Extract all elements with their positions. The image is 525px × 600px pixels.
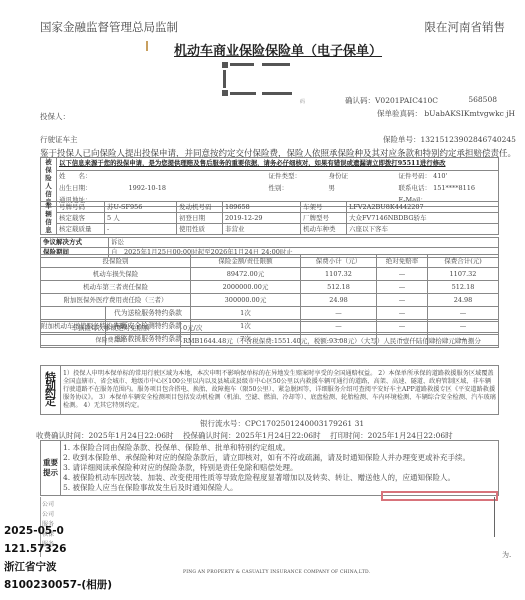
table-row: 代为送检服务特约条款1次——— bbox=[41, 307, 499, 320]
dispute-value: 诉讼 bbox=[109, 238, 499, 248]
name-value bbox=[127, 170, 267, 182]
table-cell: — bbox=[301, 307, 377, 320]
table-cell: — bbox=[377, 268, 428, 281]
right-edge-mark: 为. bbox=[502, 550, 511, 560]
policy-number: 保险单号：13215123902846740245 bbox=[383, 134, 516, 145]
table-row: 附加医保外医疗费用责任险（三者）300000.00元24.98—24.98 bbox=[41, 294, 499, 307]
vehicle-side-label: 车辆信息 bbox=[41, 202, 57, 235]
regulator-label: 国家金融监督管理总局监制 bbox=[40, 19, 178, 35]
print-time: 打印时间：2025年1月24日22:06时 bbox=[330, 431, 453, 440]
vehicle-info-table: 车辆信息号牌号码苏U-SF956发动机号码189658车架号LFV2A2BU8K… bbox=[40, 201, 499, 235]
insured-info-table: 被保险人信息 以下信息来源于您的投保申请，是为您提供理赔及售后服务的重要依据，请… bbox=[40, 157, 499, 207]
table-cell: 大众FV7146NBDBG轿车 bbox=[347, 213, 499, 224]
company-line: 公司 bbox=[42, 500, 54, 510]
overlay-line: 2025-05-0 bbox=[4, 522, 112, 540]
sales-region-label: 限在河南省销售 bbox=[425, 19, 506, 35]
overlay-line: 8100230057-(相册) bbox=[4, 576, 112, 594]
confirm-code: 确认码：V0201PAIC410C bbox=[345, 95, 438, 106]
id-type-value: 身份证 bbox=[327, 170, 397, 182]
photo-watermark-overlay: 2025-05-0121.57326浙江省宁波8100230057-(相册) bbox=[4, 522, 112, 594]
important-note-item: 3. 请详细阅读承保险种对应的保险条款，特别是责任免除和赔偿处理。 bbox=[63, 463, 496, 473]
table-header-row: 投保险别保险金额/责任限额保费小计（元）绝对免赔率保费合计(元) bbox=[41, 255, 499, 268]
important-note-item: 1. 本保险合同由保险条款、投保单、保险单、批单和特别约定组成。 bbox=[63, 443, 496, 453]
verify-code: 保单验真码： bUabAKSIKmtvgwkc jH bbox=[377, 108, 515, 119]
dispute-label: 争议解决方式 bbox=[41, 238, 109, 248]
birth-value: 1992-10-18 bbox=[127, 183, 267, 195]
important-side-label: 重要提示 bbox=[41, 441, 61, 496]
table-cell: 初登日期 bbox=[177, 213, 223, 224]
table-row: 机动车损失保险89472.00元1107.32—1107.32 bbox=[41, 268, 499, 281]
gender-value: 男 bbox=[327, 183, 397, 195]
text-cursor bbox=[146, 41, 148, 51]
column-header: 保险金额/责任限额 bbox=[191, 255, 301, 268]
info-notice: 以下信息来源于您的投保申请，是为您提供理赔及售后服务的重要依据，请务必仔细核对，… bbox=[57, 158, 499, 171]
addon-item-label: 代为送检服务特约条款 bbox=[106, 307, 190, 319]
table-cell: 189658 bbox=[223, 202, 301, 213]
table-cell: 车架号 bbox=[301, 202, 347, 213]
table-cell: 24.98 bbox=[301, 294, 377, 307]
table-cell: 机动车第三者责任保险 bbox=[41, 281, 191, 294]
table-cell: 1107.32 bbox=[301, 268, 377, 281]
column-header: 保费合计(元) bbox=[428, 255, 499, 268]
birth-label: 出生日期： bbox=[57, 183, 127, 195]
overlay-line: 浙江省宁波 bbox=[4, 558, 112, 576]
table-cell: 2019-12-29 bbox=[223, 213, 301, 224]
table-cell: 5 人 bbox=[105, 213, 177, 224]
premium-total-label: 保险费合计 bbox=[41, 335, 181, 348]
insured-info-side-label: 被保险人信息 bbox=[41, 158, 57, 207]
gender-label: 性别： bbox=[267, 183, 327, 195]
important-notes-table: 重要提示 1. 本保险合同由保险条款、投保单、保险单、批单和特别约定组成。2. … bbox=[40, 440, 499, 496]
id-type-label: 证件类型： bbox=[267, 170, 327, 182]
column-header: 绝对免赔率 bbox=[377, 255, 428, 268]
qr-code-icon bbox=[222, 62, 310, 96]
table-cell: 2000000.00元 bbox=[191, 281, 301, 294]
table-cell: 512.18 bbox=[428, 281, 499, 294]
table-cell: 512.18 bbox=[301, 281, 377, 294]
qr-caption: 码 bbox=[300, 98, 305, 105]
license-owner-label: 行驶证车主 bbox=[40, 134, 78, 145]
special-terms-table: 特别约定 1）投保人申明本保单标的常用行驶区域为本地，本次申明不影响保单标的在异… bbox=[40, 365, 499, 415]
important-note-item: 4. 被保险机动车因改装、加装、改变使用性质等导致危险程度显著增加以及转卖、转让… bbox=[63, 473, 496, 483]
table-cell: 使用性质 bbox=[177, 224, 223, 235]
table-cell: 发动机号码 bbox=[177, 202, 223, 213]
table-cell: 核定载质量 bbox=[57, 224, 105, 235]
table-row: 机动车第三者责任保险2000000.00元512.18—512.18 bbox=[41, 281, 499, 294]
table-cell: LFV2A2BU8K4442207 bbox=[347, 202, 499, 213]
bank-serial: 银行流水号：CPC1702501240003179261 31 bbox=[200, 418, 364, 429]
table-cell: 核定载客 bbox=[57, 213, 105, 224]
table-cell: 机动车损失保险 bbox=[41, 268, 191, 281]
table-cell: - bbox=[105, 224, 177, 235]
column-header: 投保险别 bbox=[41, 255, 191, 268]
table-row: 核定载质量-使用性质非营业机动车种类六座以下客车 bbox=[41, 224, 499, 235]
confirm-code-suffix: 568508 bbox=[468, 95, 497, 104]
frame-border bbox=[494, 497, 495, 537]
table-cell: 厂牌型号 bbox=[301, 213, 347, 224]
table-cell: — bbox=[377, 294, 428, 307]
table-cell: — bbox=[377, 281, 428, 294]
table-cell: 非营业 bbox=[223, 224, 301, 235]
table-cell: 代为送检服务特约条款 bbox=[41, 307, 191, 320]
table-cell: 300000.00元 bbox=[191, 294, 301, 307]
highlight-box bbox=[381, 491, 498, 501]
table-cell: 24.98 bbox=[428, 294, 499, 307]
important-note-item: 2. 收到本保险单、承保险种对应的保险条款后，请立即核对，如有不符或疏漏，请及时… bbox=[63, 453, 496, 463]
table-cell: 苏U-SF956 bbox=[105, 202, 177, 213]
phone: 联系电话： 151****8116 bbox=[397, 183, 499, 195]
table-cell: 号牌号码 bbox=[57, 202, 105, 213]
overlay-line: 121.57326 bbox=[4, 540, 112, 558]
important-notes: 1. 本保险合同由保险条款、投保单、保险单、批单和特别约定组成。2. 收到本保险… bbox=[61, 441, 499, 496]
table-cell: 六座以下客车 bbox=[347, 224, 499, 235]
confirm-time: 投保确认时间：2025年1月24日22:06时 bbox=[183, 431, 321, 440]
premium-total-value: RMB1644.48元（不含税保费:1551.40元，税额:93.08元）（大写… bbox=[181, 335, 499, 348]
table-cell: 机动车种类 bbox=[301, 224, 347, 235]
deductible-value: 0元/次 bbox=[181, 322, 499, 335]
premium-summary-table: 车损险每次事故绝对免赔额 0元/次 保险费合计 RMB1644.48元（不含税保… bbox=[40, 321, 499, 348]
special-terms-text: 1）投保人申明本保单标的常用行驶区域为本地，本次申明不影响保单标的在异地发生赔案… bbox=[61, 366, 499, 415]
policyholder-label: 投保人： bbox=[40, 111, 70, 122]
document-title: 机动车商业保险保险单（电子保单） bbox=[174, 40, 382, 59]
addon-group-label bbox=[41, 307, 106, 319]
deductible-label: 车损险每次事故绝对免赔额 bbox=[41, 322, 181, 335]
special-terms-side-label: 特别约定 bbox=[41, 366, 61, 415]
table-row: 核定载客5 人初登日期2019-12-29厂牌型号大众FV7146NBDBG轿车 bbox=[41, 213, 499, 224]
table-cell: 1次 bbox=[191, 307, 301, 320]
company-line: 公司 bbox=[42, 510, 54, 520]
table-cell: — bbox=[428, 307, 499, 320]
table-cell: — bbox=[377, 307, 428, 320]
table-cell: 附加医保外医疗费用责任险（三者） bbox=[41, 294, 191, 307]
company-footer: PING AN PROPERTY & CASUALTY INSURANCE CO… bbox=[183, 570, 370, 575]
id-number: 证件号码： 410' bbox=[397, 170, 499, 182]
name-label: 姓 名： bbox=[57, 170, 127, 182]
table-row: 车辆信息号牌号码苏U-SF956发动机号码189658车架号LFV2A2BU8K… bbox=[41, 202, 499, 213]
column-header: 保费小计（元） bbox=[301, 255, 377, 268]
payment-time: 收费确认时间：2025年1月24日22:06时 bbox=[36, 431, 174, 440]
table-cell: 1107.32 bbox=[428, 268, 499, 281]
table-cell: 89472.00元 bbox=[191, 268, 301, 281]
